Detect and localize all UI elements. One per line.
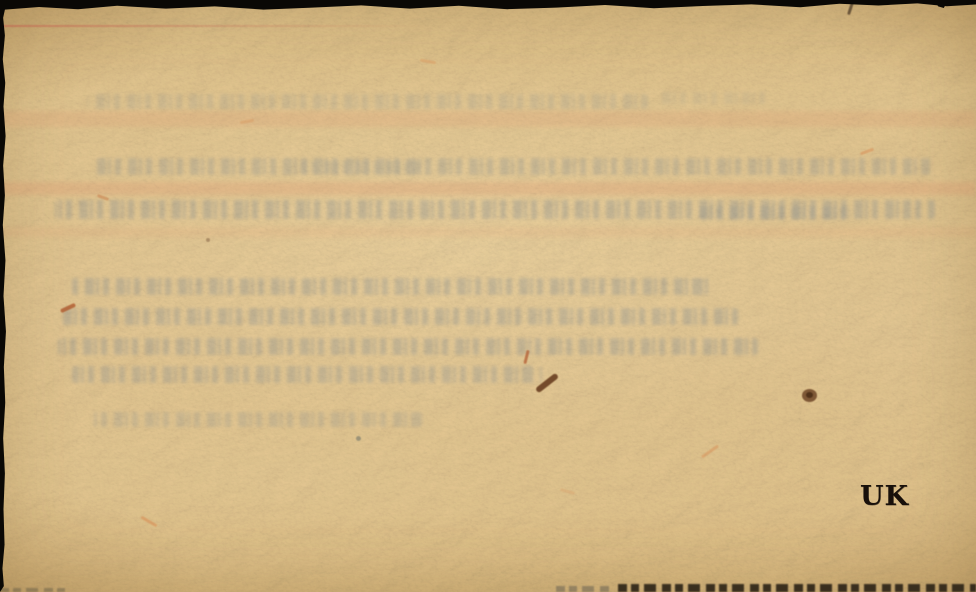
uk-country-stamp: UK <box>860 480 916 514</box>
scanned-card: UK <box>0 0 976 592</box>
paper-card <box>0 0 976 592</box>
